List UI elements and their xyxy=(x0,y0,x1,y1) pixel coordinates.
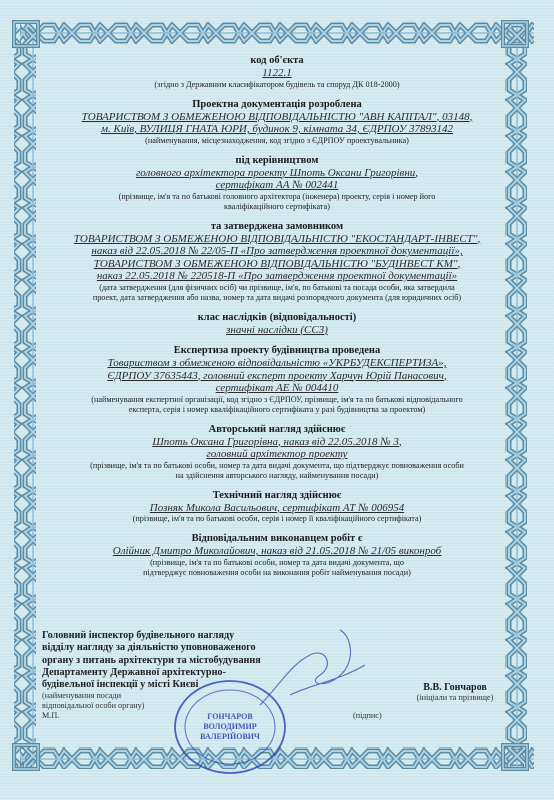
object-code-heading: код об'єкта xyxy=(40,55,514,67)
stamp-text-line: ВОЛОДИМИР xyxy=(203,722,256,731)
supervision-note: (прізвище, ім'я та по батькові головного… xyxy=(40,192,514,202)
approval-line: наказ 22.05.2018 № 220518-П «Про затверд… xyxy=(40,270,514,283)
author-supervision-note: (прізвище, ім'я та по батькові особи, но… xyxy=(40,461,514,471)
approval-line: ТОВАРИСТВОМ З ОБМЕЖЕНОЮ ВІДПОВІДАЛЬНІСТЮ… xyxy=(40,258,514,271)
approval-line: наказ від 22.05.2018 № 22/05-П «Про затв… xyxy=(40,245,514,258)
technical-supervision-section: Технічний нагляд здійснює Позняк Микола … xyxy=(40,490,514,525)
certificate-body: код об'єкта 1122.1 (згідно з Державним к… xyxy=(40,55,514,587)
approval-note: (дата затвердження (для фізичних осіб) ч… xyxy=(40,283,514,293)
expertise-section: Експертиза проекту будівництва проведена… xyxy=(40,345,514,415)
technical-supervision-value: Позняк Микола Васильович, сертифікат АТ … xyxy=(40,502,514,515)
author-supervision-heading: Авторський нагляд здійснює xyxy=(40,424,514,436)
approval-heading: та затверджена замовником xyxy=(40,221,514,233)
design-docs-section: Проектна документація розроблена ТОВАРИС… xyxy=(40,99,514,146)
author-supervision-note: на здійснення авторського нагляду, найме… xyxy=(40,471,514,481)
responsible-executor-value: Олійник Дмитро Миколайович, наказ від 21… xyxy=(40,545,514,558)
chief-architect-line: головного архітектора проекту Шпоть Окса… xyxy=(40,167,514,180)
author-supervision-line: головний архітектор проекту xyxy=(40,448,514,461)
object-code-section: код об'єкта 1122.1 (згідно з Державним к… xyxy=(40,55,514,90)
inspector-name-label: (ініціали та прізвище) xyxy=(400,693,510,702)
responsible-executor-section: Відповідальним виконавцем робіт є Олійни… xyxy=(40,533,514,578)
author-supervision-section: Авторський нагляд здійснює Шпоть Оксана … xyxy=(40,424,514,481)
expertise-line: ЄДРПОУ 37635443, головний експерт проект… xyxy=(40,370,514,383)
expertise-line: Товариством з обмеженою відповідальністю… xyxy=(40,357,514,370)
supervision-heading: під керівництвом xyxy=(40,155,514,167)
inspector-name: В.В. Гончаров xyxy=(400,682,510,693)
technical-supervision-heading: Технічний нагляд здійснює xyxy=(40,490,514,502)
responsible-executor-note: підтверджує повноваження особи на викона… xyxy=(40,568,514,578)
supervision-note: кваліфікаційного сертифіката) xyxy=(40,202,514,212)
signature-label: (підпис) xyxy=(353,711,382,720)
handwritten-signature xyxy=(250,625,370,715)
object-code-value: 1122.1 xyxy=(40,67,514,80)
designer-line: м. Київ, ВУЛИЦЯ ГНАТА ЮРИ, будинок 9, кі… xyxy=(40,123,514,136)
expertise-heading: Експертиза проекту будівництва проведена xyxy=(40,345,514,357)
design-docs-heading: Проектна документація розроблена xyxy=(40,99,514,111)
supervision-section: під керівництвом головного архітектора п… xyxy=(40,155,514,212)
author-supervision-line: Шпоть Оксана Григорівна, наказ від 22.05… xyxy=(40,436,514,449)
approval-section: та затверджена замовником ТОВАРИСТВОМ З … xyxy=(40,221,514,303)
technical-supervision-note: (прізвище, ім'я та по батькові особи, се… xyxy=(40,514,514,524)
object-code-note: (згідно з Державним класифікатором будів… xyxy=(40,80,514,90)
inspector-name-block: В.В. Гончаров (ініціали та прізвище) xyxy=(400,682,510,702)
consequence-class-section: клас наслідків (відповідальності) значні… xyxy=(40,312,514,337)
stamp-text-line: ВАЛЕРІЙОВИЧ xyxy=(200,732,260,741)
consequence-class-value: значні наслідки (СС3) xyxy=(40,324,514,337)
expertise-note: експерта, серія і номер кваліфікаційного… xyxy=(40,405,514,415)
approval-line: ТОВАРИСТВОМ З ОБМЕЖЕНОЮ ВІДПОВІДАЛЬНІСТЮ… xyxy=(40,233,514,246)
consequence-class-heading: клас наслідків (відповідальності) xyxy=(40,312,514,324)
chief-architect-line: сертифікат АА № 002441 xyxy=(40,179,514,192)
approval-note: проект, дата затвердження або назва, ном… xyxy=(40,293,514,303)
design-docs-note: (найменування, місцезнаходження, код згі… xyxy=(40,136,514,146)
designer-line: ТОВАРИСТВОМ З ОБМЕЖЕНОЮ ВІДПОВІДАЛЬНІСТЮ… xyxy=(40,111,514,124)
responsible-executor-note: (прізвище, ім'я та по батькові особи, но… xyxy=(40,558,514,568)
expertise-line: сертифікат АЕ № 004410 xyxy=(40,382,514,395)
expertise-note: (найменування експертної організації, ко… xyxy=(40,395,514,405)
stamp-text-line: ГОНЧАРОВ xyxy=(207,712,253,721)
responsible-executor-heading: Відповідальним виконавцем робіт є xyxy=(40,533,514,545)
